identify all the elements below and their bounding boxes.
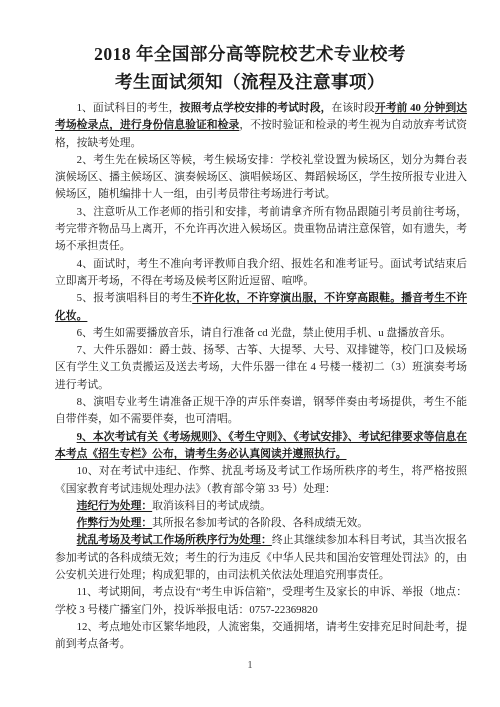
text-segment: 6、考生如需要播放音乐，请自行准备 cd 光盘，禁止使用手机、u 盘播放音乐。: [77, 327, 452, 339]
paragraph: 6、考生如需要播放音乐，请自行准备 cd 光盘，禁止使用手机、u 盘播放音乐。: [55, 325, 467, 342]
text-segment: 2、考生先在候场区等候，考生候场安排：学校礼堂设置为候场区，划分为舞台表演候场区…: [55, 154, 467, 201]
document-page: 2018 年全国部分高等院校艺术专业校考 考生面试须知（流程及注意事项） 1、面…: [0, 0, 500, 707]
paragraph: 8、演唱专业考生请准备正规干净的声乐伴奏谱，钢琴伴奏由考场提供，考生不能自带伴奏…: [55, 394, 467, 429]
paragraph: 11、考试期间，考点设有“考生申诉信箱”，受理考生及家长的申诉、举报（地点：学校…: [55, 584, 467, 619]
paragraph: 违纪行为处理：取消该科目的考试成绩。: [55, 498, 467, 515]
paragraph: 7、大件乐器如：爵士鼓、扬琴、古筝、大提琴、大号、双排键等，校门口及候场区有学生…: [55, 342, 467, 394]
paragraph: 作弊行为处理：其所报名参加考试的各阶段、各科成绩无效。: [55, 515, 467, 532]
document-title-line1: 2018 年全国部分高等院校艺术专业校考: [0, 40, 500, 68]
text-segment: 按照考点学校安排的考试时段，: [180, 102, 332, 114]
page-number: 1: [0, 660, 500, 671]
text-segment: 4、面试时，考生不准向考评教师自我介绍、报姓名和准考证号。面试考试结束后立即离开…: [55, 258, 467, 287]
text-segment: 取消该科目的考试成绩。: [152, 500, 271, 512]
text-segment: 扰乱考场及考试工作场所秩序行为处理：: [77, 534, 272, 546]
text-segment: 1、面试科目的考生，: [77, 102, 180, 114]
text-segment: 其所报名参加考试的各阶段、各科成绩无效。: [152, 517, 368, 529]
document-body: 1、面试科目的考生，按照考点学校安排的考试时段，在该时段开考前 40 分钟到达考…: [0, 100, 500, 654]
paragraph: 4、面试时，考生不准向考评教师自我介绍、报姓名和准考证号。面试考试结束后立即离开…: [55, 256, 467, 291]
text-segment: 3、注意听从工作老师的指引和安排，考前请拿齐所有物品跟随引考员前往考场，考完带齐…: [55, 206, 467, 253]
paragraph: 扰乱考场及考试工作场所秩序行为处理：终止其继续参加本科目考试，其当次报名参加考试…: [55, 532, 467, 584]
text-segment: 7、大件乐器如：爵士鼓、扬琴、古筝、大提琴、大号、双排键等，校门口及候场区有学生…: [55, 344, 467, 391]
text-segment: 9、本次考试有关《考场规则》、《考生守则》、《考试安排》、考试纪律要求等信息在本…: [55, 431, 467, 460]
text-segment: 8、演唱专业考生请准备正规干净的声乐伴奏谱，钢琴伴奏由考场提供，考生不能自带伴奏…: [55, 396, 467, 425]
document-title-line2: 考生面试须知（流程及注意事项）: [0, 68, 500, 96]
text-segment: 12、考点地处市区繁华地段，人流密集，交通拥堵，请考生安排充足时间赴考，提前到考…: [55, 621, 467, 650]
paragraph: 5、报考演唱科目的考生不许化妆，不许穿演出服，不许穿高跟鞋。播音考生不许化妆。: [55, 290, 467, 325]
paragraph: 1、面试科目的考生，按照考点学校安排的考试时段，在该时段开考前 40 分钟到达考…: [55, 100, 467, 152]
paragraph: 12、考点地处市区繁华地段，人流密集，交通拥堵，请考生安排充足时间赴考，提前到考…: [55, 619, 467, 654]
paragraph: 2、考生先在候场区等候，考生候场安排：学校礼堂设置为候场区，划分为舞台表演候场区…: [55, 152, 467, 204]
text-segment: 作弊行为处理：: [77, 517, 153, 529]
text-segment: 11、考试期间，考点设有“考生申诉信箱”，受理考生及家长的申诉、举报（地点：学校…: [55, 586, 467, 615]
paragraph: 3、注意听从工作老师的指引和安排，考前请拿齐所有物品跟随引考员前往考场，考完带齐…: [55, 204, 467, 256]
text-segment: 5、报考演唱科目的考生: [77, 292, 193, 304]
paragraph: 9、本次考试有关《考场规则》、《考生守则》、《考试安排》、考试纪律要求等信息在本…: [55, 429, 467, 464]
text-segment: 违纪行为处理：: [77, 500, 153, 512]
text-segment: 10、对在考试中违纪、作弊、扰乱考场及考试工作场所秩序的考生，将严格按照《国家教…: [55, 465, 467, 494]
text-segment: 在该时段: [331, 102, 374, 114]
paragraph: 10、对在考试中违纪、作弊、扰乱考场及考试工作场所秩序的考生，将严格按照《国家教…: [55, 463, 467, 498]
